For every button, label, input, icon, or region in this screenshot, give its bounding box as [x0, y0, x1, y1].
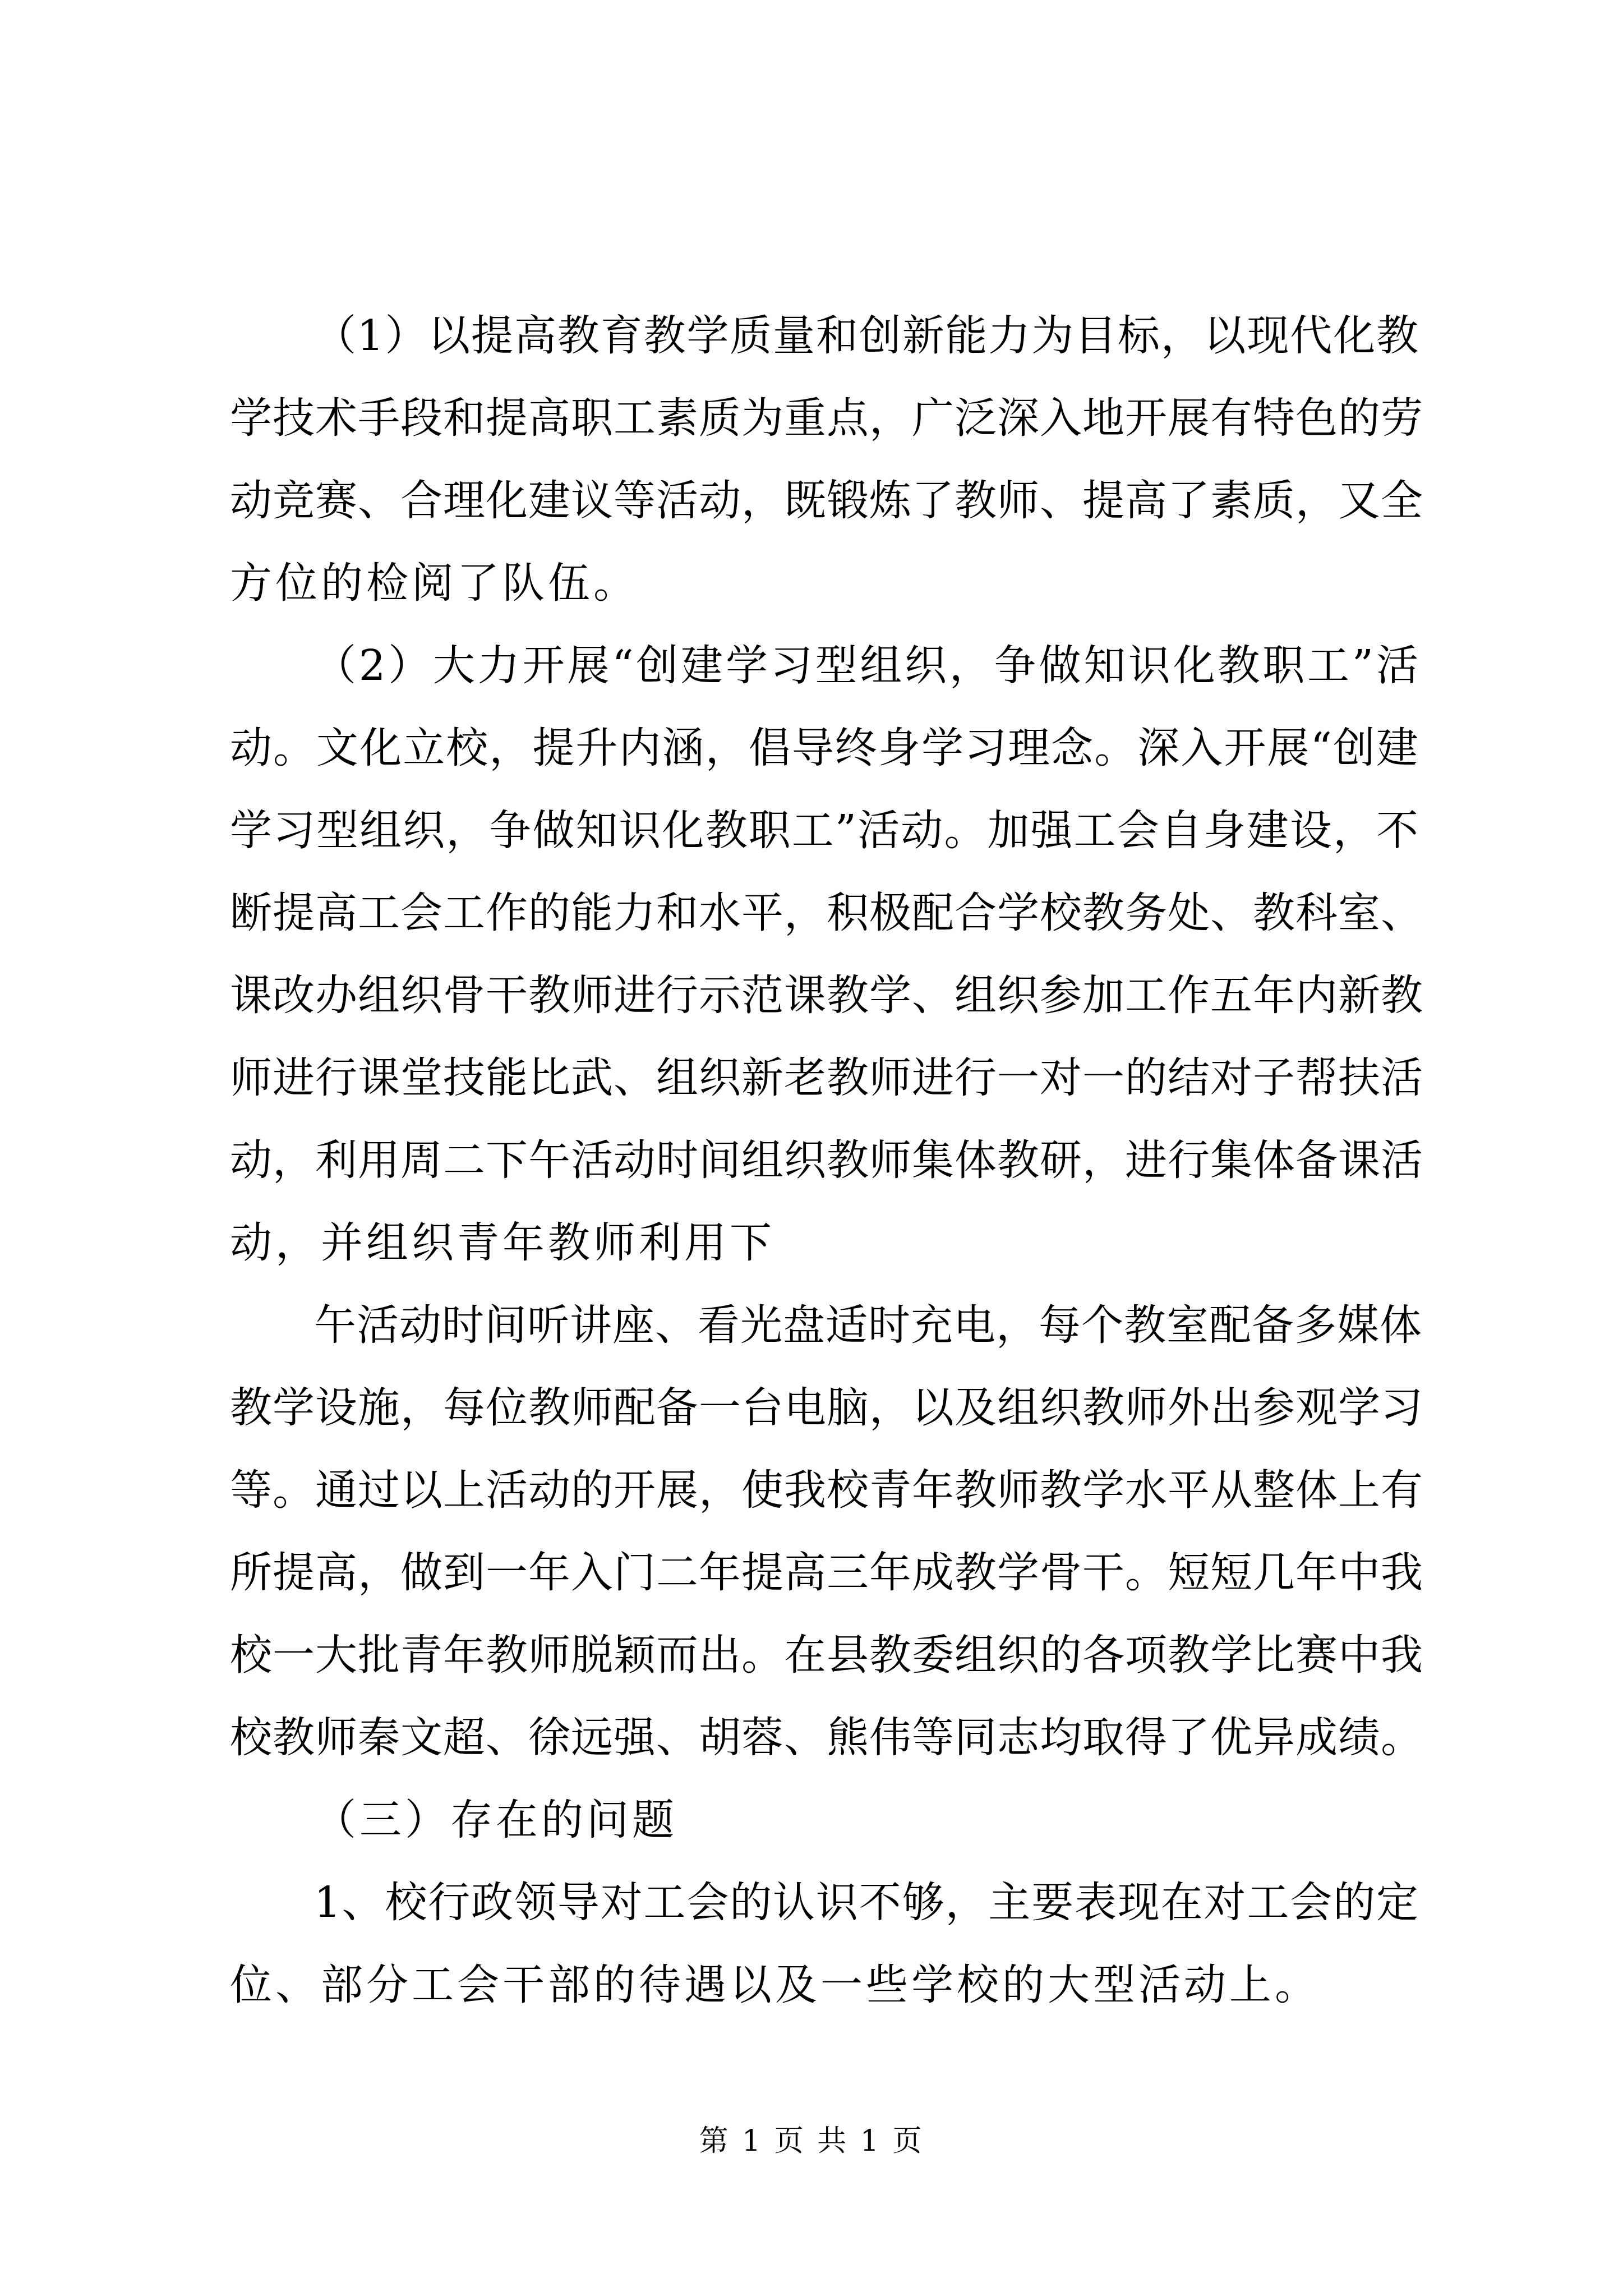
paragraph-1-line-2: 学技术手段和提高职工素质为重点，广泛深入地开展有特色的劳: [230, 390, 1419, 472]
paragraph-3-line-1: 午活动时间听讲座、看光盘适时充电，每个教室配备多媒体: [230, 1297, 1419, 1379]
text-line: 校教师秦文超、徐远强、胡蓉、熊伟等同志均取得了优异成绩。: [230, 1709, 1419, 1792]
paragraph-2-line-1: （2）大力开展“创建学习型组织，争做知识化教职工”活: [230, 637, 1419, 720]
page-number-label: 第 1 页 共 1 页: [699, 2124, 924, 2158]
paragraph-1-line-4: 方位的检阅了队伍。: [230, 555, 1419, 637]
paragraph-2-line-5: 课改办组织骨干教师进行示范课教学、组织参加工作五年内新教: [230, 967, 1419, 1050]
text-line: 动。文化立校，提升内涵，倡导终身学习理念。深入开展“创建: [230, 720, 1419, 802]
paragraph-2-line-6: 师进行课堂技能比武、组织新老教师进行一对一的结对子帮扶活: [230, 1050, 1419, 1132]
text-line: 动，利用周二下午活动时间组织教师集体教研，进行集体备课活: [230, 1132, 1419, 1214]
text-line: 师进行课堂技能比武、组织新老教师进行一对一的结对子帮扶活: [230, 1050, 1419, 1132]
text-line: 动竞赛、合理化建议等活动，既锻炼了教师、提高了素质，又全: [230, 472, 1419, 555]
text-line: 位、部分工会干部的待遇以及一些学校的大型活动上。: [230, 1957, 1419, 2039]
paragraph-3-line-6: 校教师秦文超、徐远强、胡蓉、熊伟等同志均取得了优异成绩。: [230, 1709, 1419, 1792]
section-heading: （三）存在的问题: [230, 1792, 1419, 1874]
text-line: 所提高，做到一年入门二年提高三年成教学骨干。短短几年中我: [230, 1544, 1419, 1627]
text-line: 课改办组织骨干教师进行示范课教学、组织参加工作五年内新教: [230, 967, 1419, 1050]
text-line: 动，并组织青年教师利用下: [230, 1214, 1419, 1297]
paragraph-2-line-2: 动。文化立校，提升内涵，倡导终身学习理念。深入开展“创建: [230, 720, 1419, 802]
text-line: 方位的检阅了队伍。: [230, 555, 1419, 637]
heading-text: （三）存在的问题: [314, 1792, 1419, 1874]
text-line: （1）以提高教育教学质量和创新能力为目标，以现代化教: [314, 307, 1419, 390]
text-line: （2）大力开展“创建学习型组织，争做知识化教职工”活: [314, 637, 1419, 720]
document-body: （1）以提高教育教学质量和创新能力为目标，以现代化教 学技术手段和提高职工素质为…: [230, 307, 1419, 2039]
paragraph-1-line-1: （1）以提高教育教学质量和创新能力为目标，以现代化教: [230, 307, 1419, 390]
text-line: 1、校行政领导对工会的认识不够，主要表现在对工会的定: [314, 1874, 1419, 1957]
paragraph-3-line-4: 所提高，做到一年入门二年提高三年成教学骨干。短短几年中我: [230, 1544, 1419, 1627]
paragraph-2-line-8: 动，并组织青年教师利用下: [230, 1214, 1419, 1297]
paragraph-1-line-3: 动竞赛、合理化建议等活动，既锻炼了教师、提高了素质，又全: [230, 472, 1419, 555]
paragraph-2-line-3: 学习型组织，争做知识化教职工”活动。加强工会自身建设，不: [230, 802, 1419, 885]
paragraph-2-line-4: 断提高工会工作的能力和水平，积极配合学校教务处、教科室、: [230, 885, 1419, 967]
paragraph-3-line-5: 校一大批青年教师脱颖而出。在县教委组织的各项教学比赛中我: [230, 1627, 1419, 1709]
text-line: 学技术手段和提高职工素质为重点，广泛深入地开展有特色的劳: [230, 390, 1419, 472]
paragraph-4-line-2: 位、部分工会干部的待遇以及一些学校的大型活动上。: [230, 1957, 1419, 2039]
text-line: 教学设施，每位教师配备一台电脑，以及组织教师外出参观学习: [230, 1379, 1419, 1462]
paragraph-3-line-2: 教学设施，每位教师配备一台电脑，以及组织教师外出参观学习: [230, 1379, 1419, 1462]
text-line: 校一大批青年教师脱颖而出。在县教委组织的各项教学比赛中我: [230, 1627, 1419, 1709]
text-line: 学习型组织，争做知识化教职工”活动。加强工会自身建设，不: [230, 802, 1419, 885]
paragraph-4-line-1: 1、校行政领导对工会的认识不够，主要表现在对工会的定: [230, 1874, 1419, 1957]
text-line: 断提高工会工作的能力和水平，积极配合学校教务处、教科室、: [230, 885, 1419, 967]
text-line: 等。通过以上活动的开展，使我校青年教师教学水平从整体上有: [230, 1462, 1419, 1544]
paragraph-3-line-3: 等。通过以上活动的开展，使我校青年教师教学水平从整体上有: [230, 1462, 1419, 1544]
page-footer: 第 1 页 共 1 页: [0, 2122, 1623, 2161]
document-page: （1）以提高教育教学质量和创新能力为目标，以现代化教 学技术手段和提高职工素质为…: [0, 0, 1623, 2296]
text-line: 午活动时间听讲座、看光盘适时充电，每个教室配备多媒体: [314, 1297, 1419, 1379]
paragraph-2-line-7: 动，利用周二下午活动时间组织教师集体教研，进行集体备课活: [230, 1132, 1419, 1214]
